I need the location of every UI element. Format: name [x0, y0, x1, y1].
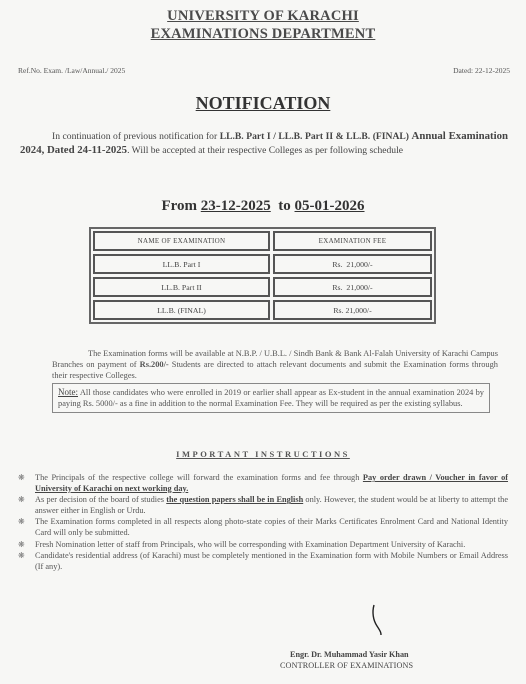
list-item: ❋As per decision of the board of studies…: [18, 495, 508, 516]
list-item: ❋The Examination forms completed in all …: [18, 517, 508, 538]
schedule-dates: From 23-12-2025 to 05-01-2026: [0, 198, 526, 215]
instructions-list: ❋The Principals of the respective colleg…: [18, 473, 508, 573]
diamond-bullet-icon: ❋: [18, 517, 25, 528]
diamond-bullet-icon: ❋: [18, 495, 25, 506]
exam-name-cell: LL.B. Part I: [93, 254, 270, 274]
column-header-fee: EXAMINATION FEE: [273, 231, 432, 251]
diamond-bullet-icon: ❋: [18, 551, 25, 562]
notification-title: NOTIFICATION: [0, 93, 526, 114]
exam-fee-cell: Rs. 21,000/-: [273, 277, 432, 297]
note-box: Note: All those candidates who were enro…: [52, 383, 490, 413]
department-name: EXAMINATIONS DEPARTMENT: [0, 26, 526, 43]
exam-name-cell: LL.B. (FINAL): [93, 300, 270, 320]
instructions-heading: IMPORTANT INSTRUCTIONS: [0, 449, 526, 459]
issue-date: Dated: 22-12-2025: [453, 66, 510, 75]
signatory-designation: CONTROLLER OF EXAMINATIONS: [280, 661, 413, 670]
note-text: All those candidates who were enrolled i…: [58, 388, 484, 408]
exam-fee-cell: Rs. 21,000/-: [273, 254, 432, 274]
list-item: ❋The Principals of the respective colleg…: [18, 473, 508, 494]
diamond-bullet-icon: ❋: [18, 540, 25, 551]
reference-number: Ref.No. Exam. /Law/Annual./ 2025: [18, 66, 125, 75]
list-item: ❋Candidate's residential address (of Kar…: [18, 551, 508, 572]
list-item: ❋Fresh Nomination letter of staff from P…: [18, 540, 508, 551]
table-row: LL.B. (FINAL) Rs. 21,000/-: [93, 300, 432, 320]
to-date: 05-01-2026: [295, 198, 365, 214]
signatory-name: Engr. Dr. Muhammad Yasir Khan: [290, 650, 409, 659]
from-date: 23-12-2025: [201, 198, 271, 214]
intro-paragraph: In continuation of previous notification…: [20, 130, 508, 157]
university-name: UNIVERSITY OF KARACHI: [0, 8, 526, 25]
table-row: LL.B. Part I Rs. 21,000/-: [93, 254, 432, 274]
table-header-row: NAME OF EXAMINATION EXAMINATION FEE: [93, 231, 432, 251]
exam-fee-cell: Rs. 21,000/-: [273, 300, 432, 320]
forms-availability-paragraph: The Examination forms will be available …: [52, 348, 498, 382]
diamond-bullet-icon: ❋: [18, 473, 25, 484]
note-label: Note:: [58, 387, 78, 397]
fee-table: NAME OF EXAMINATION EXAMINATION FEE LL.B…: [89, 227, 436, 324]
exam-name-cell: LL.B. Part II: [93, 277, 270, 297]
table-row: LL.B. Part II Rs. 21,000/-: [93, 277, 432, 297]
signature-mark-icon: [371, 604, 383, 636]
column-header-exam: NAME OF EXAMINATION: [93, 231, 270, 251]
